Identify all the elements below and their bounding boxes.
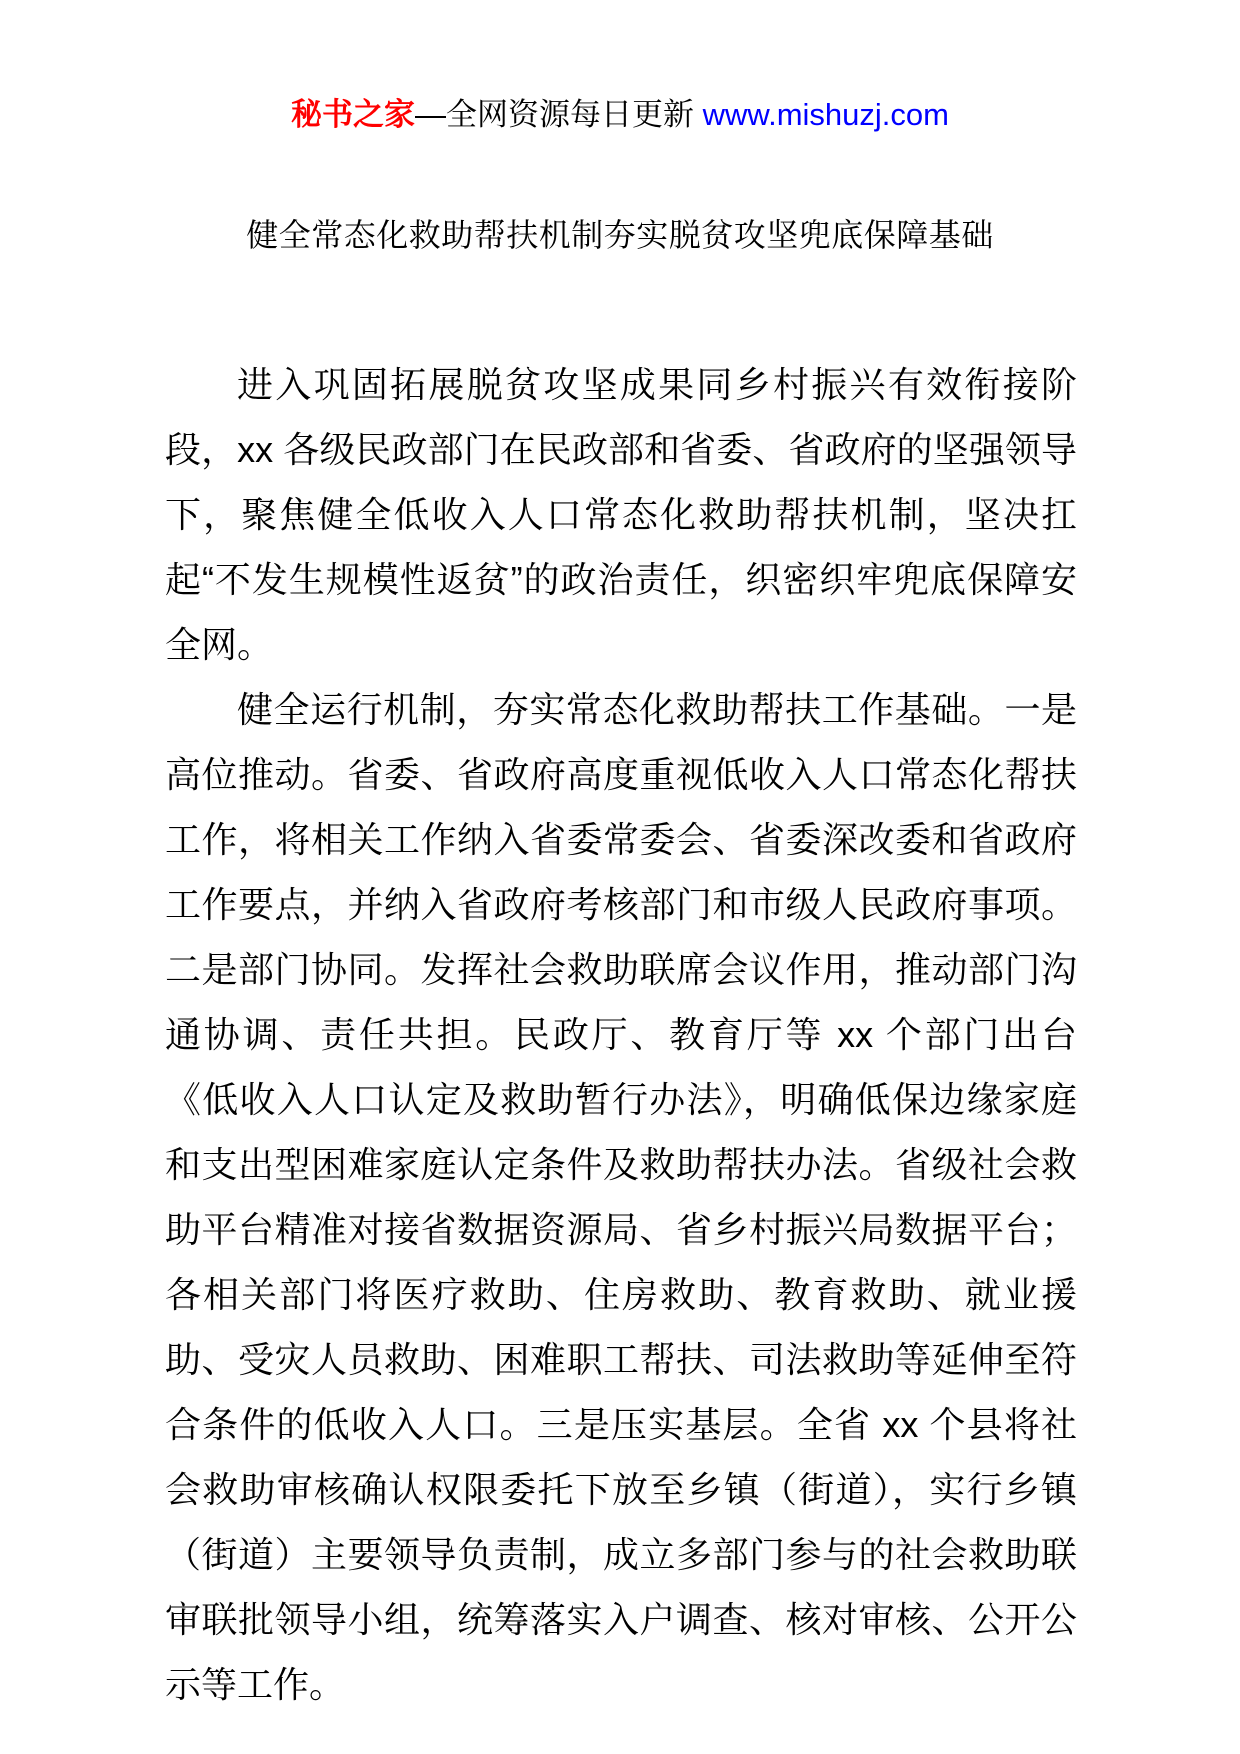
site-url-link[interactable]: www.mishuzj.com <box>703 97 949 132</box>
header: 秘书之家—全网资源每日更新 www.mishuzj.com <box>0 92 1240 138</box>
paragraph-1: 进入巩固拓展脱贫攻坚成果同乡村振兴有效衔接阶段，xx 各级民政部门在民政部和省委… <box>165 352 1077 677</box>
document-body: 进入巩固拓展脱贫攻坚成果同乡村振兴有效衔接阶段，xx 各级民政部门在民政部和省委… <box>165 352 1077 1717</box>
document-page: 秘书之家—全网资源每日更新 www.mishuzj.com 健全常态化救助帮扶机… <box>0 0 1240 1754</box>
paragraph-2: 健全运行机制，夯实常态化救助帮扶工作基础。一是高位推动。省委、省政府高度重视低收… <box>165 677 1077 1717</box>
document-title: 健全常态化救助帮扶机制夯实脱贫攻坚兜底保障基础 <box>0 212 1240 258</box>
site-brand: 秘书之家 <box>291 97 415 132</box>
header-tagline: —全网资源每日更新 <box>415 97 703 132</box>
